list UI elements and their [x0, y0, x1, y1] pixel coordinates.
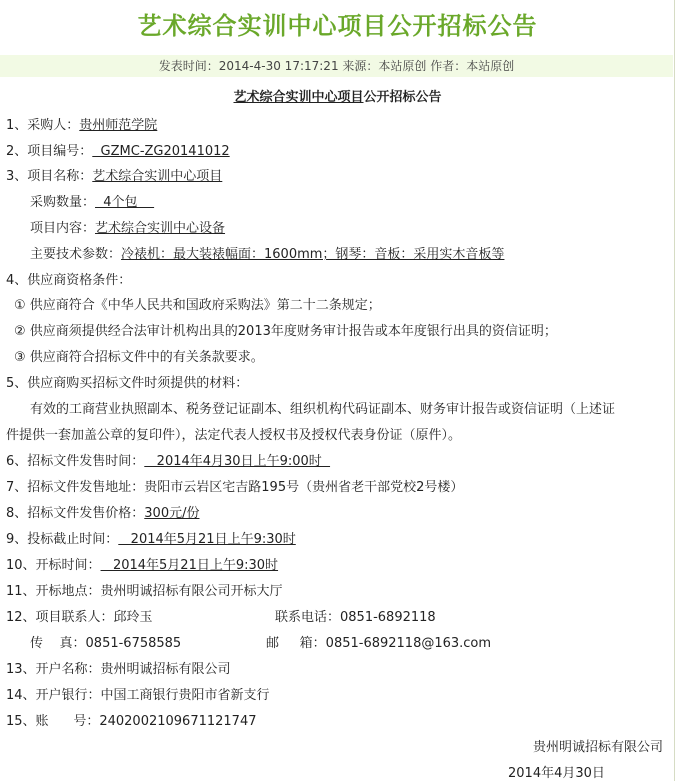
document-title: 艺术综合实训中心项目公开招标公告 — [0, 88, 675, 108]
item-label: 8、招标文件发售价格： — [6, 506, 144, 521]
item-email: 邮 箱：0851-6892118@163.com — [266, 634, 491, 654]
item-label: 采购数量： — [30, 195, 95, 210]
qualification-3: ③ 供应商符合招标文件中的有关条款要求。 — [14, 348, 264, 368]
item-label: 13、开户名称： — [6, 662, 101, 677]
item-label: 邮 箱： — [266, 636, 326, 651]
item-bank: 14、开户银行：中国工商银行贵阳市省新支行 — [6, 686, 270, 706]
item-label: 9、投标截止时间： — [6, 532, 118, 547]
item-value: GZMC-ZG20141012 — [92, 144, 229, 159]
item-label: 15、账 号： — [6, 714, 99, 729]
item-label: 12、项目联系人： — [6, 610, 114, 625]
item-quantity: 采购数量： 4个包 — [30, 193, 154, 213]
item-label: 10、开标时间： — [6, 558, 101, 573]
item-value: 300元/份 — [144, 506, 199, 521]
item-label: 6、招标文件发售时间： — [6, 454, 144, 469]
item-value: 0851-6758585 — [86, 636, 182, 651]
item-value: 0851-6892118 — [340, 610, 436, 625]
item-value: 2014年4月30日上午9:00时 — [144, 454, 330, 469]
item-project-name: 3、项目名称：艺术综合实训中心项目 — [6, 167, 222, 187]
item-label: 7、招标文件发售地址： — [6, 480, 144, 495]
item-value: 贵州明诚招标有限公司开标大厅 — [101, 584, 283, 599]
meta-bar: 发表时间：2014-4-30 17:17:21 来源：本站原创 作者：本站原创 — [0, 55, 673, 77]
item-value: 艺术综合实训中心项目 — [92, 169, 222, 184]
item-value: 2014年5月21日上午9:30时 — [118, 532, 296, 547]
item-value: 4个包 — [95, 195, 154, 210]
item-value: 2014年5月21日上午9:30时 — [101, 558, 279, 573]
item-sale-time: 6、招标文件发售时间： 2014年4月30日上午9:00时 — [6, 452, 330, 472]
item-value: 邱玲玉 — [114, 610, 153, 625]
item-qualifications: 4、供应商资格条件： — [6, 271, 131, 291]
item-bid-deadline: 9、投标截止时间： 2014年5月21日上午9:30时 — [6, 530, 296, 550]
item-label: 14、开户银行： — [6, 688, 101, 703]
qualification-2: ② 供应商须提供经合法审计机构出具的2013年度财务审计报告或本年度银行出具的资… — [14, 322, 557, 342]
item-label: 3、项目名称： — [6, 169, 92, 184]
document-title-rest: 公开招标公告 — [364, 90, 442, 105]
item-opening-place: 11、开标地点：贵州明诚招标有限公司开标大厅 — [6, 582, 283, 602]
item-value: 中国工商银行贵阳市省新支行 — [101, 688, 270, 703]
item-value: 贵阳市云岩区宅吉路195号（贵州省老干部党校2号楼） — [144, 480, 463, 495]
item-value: 冷裱机：最大装裱幅面：1600mm；钢琴：音板：采用实木音板等 — [121, 247, 504, 262]
item-label: 传 真： — [30, 636, 86, 651]
item-value: 贵州师范学院 — [79, 118, 157, 133]
item-value: 艺术综合实训中心设备 — [95, 221, 225, 236]
item-tech-params: 主要技术参数：冷裱机：最大装裱幅面：1600mm；钢琴：音板：采用实木音板等 — [30, 245, 504, 265]
item-sale-address: 7、招标文件发售地址：贵阳市云岩区宅吉路195号（贵州省老干部党校2号楼） — [6, 478, 463, 498]
item-project-number: 2、项目编号： GZMC-ZG20141012 — [6, 142, 230, 162]
signature-date: 2014年4月30日 — [508, 764, 605, 781]
item-label: 2、项目编号： — [6, 144, 92, 159]
item-value[interactable]: 0851-6892118@163.com — [326, 636, 491, 651]
page-title: 艺术综合实训中心项目公开招标公告 — [0, 8, 675, 44]
item-label: 1、采购人： — [6, 118, 79, 133]
document-title-underlined: 艺术综合实训中心项目 — [233, 90, 363, 105]
item-content: 项目内容：艺术综合实训中心设备 — [30, 219, 225, 239]
item-materials: 5、供应商购买招标文件时须提供的材料： — [6, 374, 248, 394]
materials-line-1: 有效的工商营业执照副本、税务登记证副本、组织机构代码证副本、财务审计报告或资信证… — [30, 400, 615, 420]
item-fax: 传 真：0851-6758585 — [30, 634, 181, 654]
item-value: 贵州明诚招标有限公司 — [101, 662, 231, 677]
item-contact-phone: 联系电话：0851-6892118 — [275, 608, 436, 628]
item-label: 11、开标地点： — [6, 584, 101, 599]
item-opening-time: 10、开标时间： 2014年5月21日上午9:30时 — [6, 556, 278, 576]
item-label: 联系电话： — [275, 610, 340, 625]
item-sale-price: 8、招标文件发售价格：300元/份 — [6, 504, 199, 524]
item-label: 项目内容： — [30, 221, 95, 236]
signature-company: 贵州明诚招标有限公司 — [533, 738, 663, 758]
materials-line-2: 件提供一套加盖公章的复印件），法定代表人授权书及授权代表身份证（原件）。 — [6, 426, 461, 446]
item-account-name: 13、开户名称：贵州明诚招标有限公司 — [6, 660, 231, 680]
item-account-number: 15、账 号：2402002109671121747 — [6, 712, 257, 732]
item-label: 主要技术参数： — [30, 247, 121, 262]
item-value: 2402002109671121747 — [99, 714, 256, 729]
qualification-1: ① 供应商符合《中华人民共和国政府采购法》第二十二条规定； — [14, 296, 381, 316]
item-purchaser: 1、采购人：贵州师范学院 — [6, 116, 157, 136]
item-contact: 12、项目联系人：邱玲玉 — [6, 608, 153, 628]
